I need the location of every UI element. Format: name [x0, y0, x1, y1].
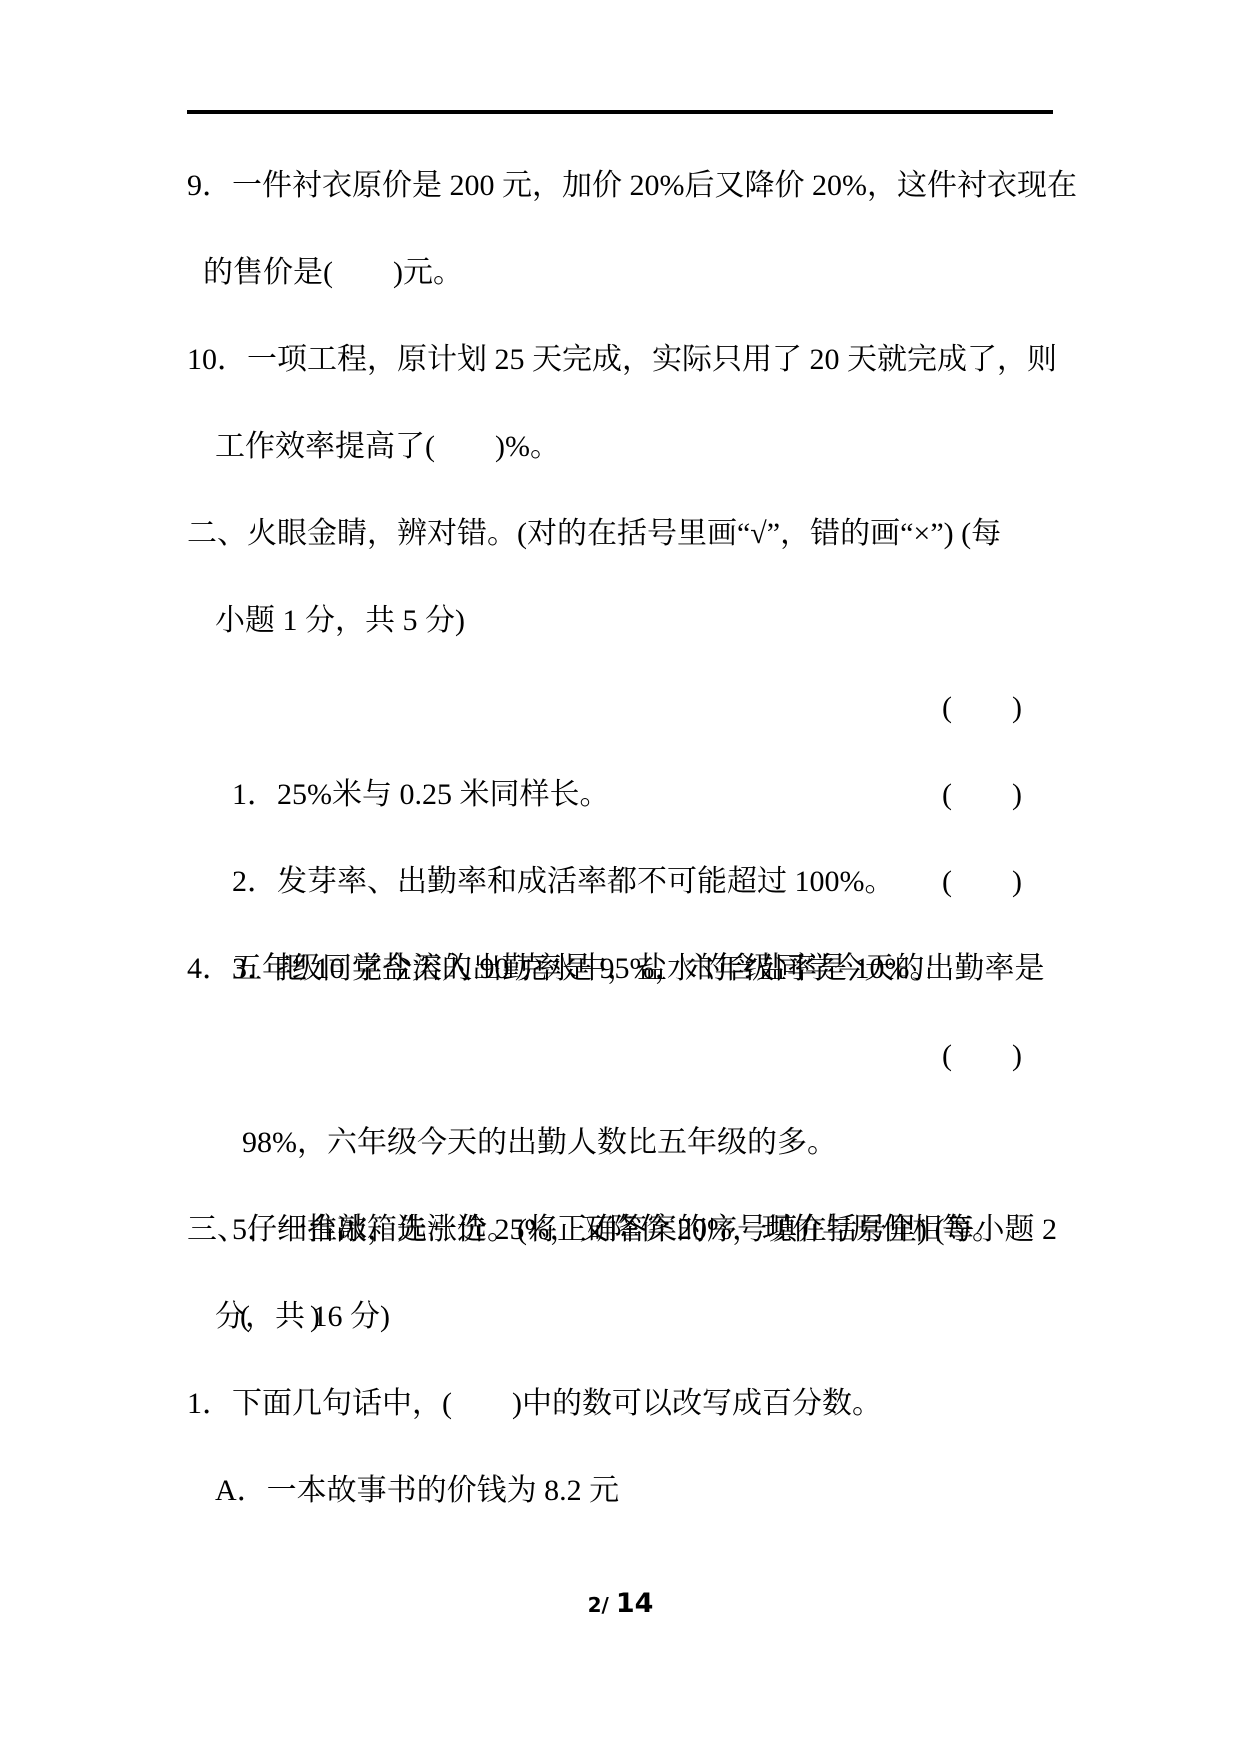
judge-question-5: 5．一台冰箱先涨价 25%，又降价 20%，现价与原价相等。 ( )	[187, 1099, 1053, 1186]
document-content: 9．一件衬衣原价是 200 元，加价 20%后又降价 20%，这件衬衣现在 的售…	[187, 142, 1053, 1534]
judge-question-4-answer-bracket: ( )	[942, 1012, 1022, 1099]
header-rule	[187, 110, 1053, 114]
choice-question-1-option-a: A．一本故事书的价钱为 8.2 元	[187, 1447, 1053, 1534]
page-number-current: 2/	[588, 1593, 609, 1617]
judge-question-1: 1．25%米与 0.25 米同样长。 ( )	[187, 664, 1053, 751]
section-2-heading-line-1: 二、火眼金睛，辨对错。(对的在括号里画“√”，错的画“×”) (每	[187, 490, 1053, 577]
test-paper-page: 9．一件衬衣原价是 200 元，加价 20%后又降价 20%，这件衬衣现在 的售…	[0, 0, 1241, 1754]
section-2-heading-line-2: 小题 1 分，共 5 分)	[187, 577, 1053, 664]
judge-question-2-answer-bracket: ( )	[942, 751, 1022, 838]
judge-question-2: 2．发芽率、出勤率和成活率都不可能超过 100%。 ( )	[187, 751, 1053, 838]
question-10-line-1: 10．一项工程，原计划 25 天完成，实际只用了 20 天就完成了，则	[187, 316, 1053, 403]
question-9-line-2: 的售价是( )元。	[187, 229, 1053, 316]
judge-question-3: 3．把 10 克盐溶入 90 克水中，盐水的含盐率是 10%。 ( )	[187, 838, 1053, 925]
choice-question-1-line-1: 1．下面几句话中，( )中的数可以改写成百分数。	[187, 1360, 1053, 1447]
judge-question-4-line-1: 4．五年级同学今天的出勤率是 95%，六年级同学今天的出勤率是	[187, 925, 1053, 1012]
judge-question-4-line-2: 98%，六年级今天的出勤人数比五年级的多。 ( )	[187, 1012, 1053, 1099]
section-3-heading-line-1: 三、仔细推敲，选一选。(将正确答案的序号填在括号里) (每小题 2	[187, 1186, 1053, 1273]
section-3-heading-line-2: 分，共 16 分)	[187, 1273, 1053, 1360]
page-number: 2/ 14	[0, 1588, 1241, 1619]
question-9-line-1: 9．一件衬衣原价是 200 元，加价 20%后又降价 20%，这件衬衣现在	[187, 142, 1053, 229]
page-number-total: 14	[616, 1588, 654, 1619]
question-10-line-2: 工作效率提高了( )%。	[187, 403, 1053, 490]
judge-question-3-answer-bracket: ( )	[942, 838, 1022, 925]
judge-question-1-answer-bracket: ( )	[942, 664, 1022, 751]
